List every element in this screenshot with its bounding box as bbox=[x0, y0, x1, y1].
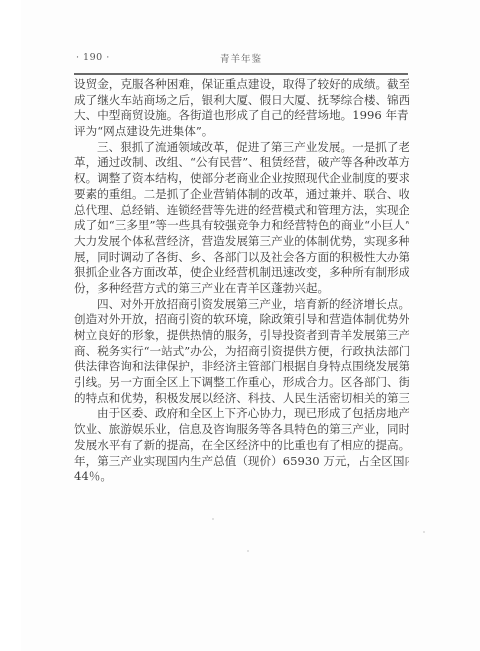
text-line: 的特点和优势，积极发展以经济、科技、人民生活密切相关的第三产业。 bbox=[74, 391, 409, 407]
text-line: 三、狠抓了流通领域改革，促进了第三产业发展。一是抓了老商业企业的改 bbox=[74, 140, 409, 156]
paragraph: 四、对外开放招商引资发展第三产业，培育新的经济增长点。一方面是努力 创造对外开放… bbox=[74, 297, 409, 407]
text-line: 份，多种经营方式的第三产业在青羊区蓬勃兴起。 bbox=[74, 281, 409, 297]
text-line: 发展水平有了新的提高，在全区经济中的比重也有了相应的提高。截至 1997 bbox=[74, 438, 409, 454]
text-line: 供法律咨询和法律保护，非经济主管部门根据自身特点围绕发展第三产业穿针 bbox=[74, 359, 409, 375]
paragraph: 设贸金，克服各种困难，保证重点建设，取得了较好的成绩。截至 1997 年底已形 … bbox=[74, 77, 409, 140]
text-line: 评为“网点建设先进集体”。 bbox=[74, 124, 409, 140]
text-line: 革，通过改制、改组、“公有民营”、租赁经营，破产等各种改革方式，明晰了企业产 bbox=[74, 155, 409, 171]
scan-speck bbox=[212, 518, 214, 520]
text-line: 由于区委、政府和全区上下齐心协力，现已形成了包括房地产业、商贸业、餐 bbox=[74, 406, 409, 422]
text-line: 成了如“三多里”等一些具有较强竞争力和经营特色的商业“小巨人”。三是通过 bbox=[74, 218, 409, 234]
text-line: 创造对外开放，招商引资的软环境，除政策引导和营造体制优势外，主要注重了 bbox=[74, 312, 409, 328]
text-line: 成了继火车站商场之后，银利大厦、假日大厦、抚琴综合楼、锦西综合楼等一系列 bbox=[74, 93, 409, 109]
text-line: 权。调整了资本结构，使部分老商业企业按照现代企业制度的要求实现了生产 bbox=[74, 171, 409, 187]
text-line: 狠抓企业各方面改革，使企业经营机制迅速改变，多种所有制形成，多种经济成 bbox=[74, 265, 409, 281]
scan-speck bbox=[247, 550, 249, 552]
running-title: 青羊年鉴 bbox=[74, 51, 408, 65]
text-line: 大、中型商贸设施。各街道也形成了自己的经营场地。1996 年青羊区被市政府 bbox=[74, 108, 409, 124]
text-line: 设贸金，克服各种困难，保证重点建设，取得了较好的成绩。截至 1997 年底已形 bbox=[74, 77, 409, 93]
text-line: 总代理、总经销、连锁经营等先进的经营模式和管理方法，实现企业规模经营，形 bbox=[74, 203, 409, 219]
body-text: 设贸金，克服各种困难，保证重点建设，取得了较好的成绩。截至 1997 年底已形 … bbox=[74, 77, 409, 485]
text-line: 大力发展个体私营经济，营造发展第三产业的体制优势，实现多种经济共同发 bbox=[74, 234, 409, 250]
text-line: 年，第三产业实现国内生产总值（现价）65930 万元，占全区国内生产总值的 bbox=[74, 454, 409, 470]
scan-speck bbox=[423, 531, 425, 533]
text-line: 树立良好的形象，提供热情的服务，引导投资者到青羊发展第三产业。同时工 bbox=[74, 328, 409, 344]
text-line: 商、税务实行“一站式”办公，为招商引资提供方便，行政执法部门为第三产业提 bbox=[74, 344, 409, 360]
paragraph: 由于区委、政府和全区上下齐心协力，现已形成了包括房地产业、商贸业、餐 饮业、旅游… bbox=[74, 406, 409, 484]
text-line: 引线。另一方面全区上下调整工作重心，形成合力。区各部门、街乡都结合自身 bbox=[74, 375, 409, 391]
text-line: 饮业、旅游娱乐业，信息及咨询服务等各具特色的第三产业，同时使第三产业的 bbox=[74, 422, 409, 438]
page-header: · 190 · 青羊年鉴 bbox=[74, 49, 408, 73]
text-line: 四、对外开放招商引资发展第三产业，培育新的经济增长点。一方面是努力 bbox=[74, 297, 409, 313]
text-line: 要素的重组。二是抓了企业营销体制的改革，通过兼并、联合、收购、控股，发展 bbox=[74, 187, 409, 203]
paragraph: 三、狠抓了流通领域改革，促进了第三产业发展。一是抓了老商业企业的改 革，通过改制… bbox=[74, 140, 409, 297]
header-rule bbox=[74, 73, 408, 75]
text-line: 44％。 bbox=[74, 469, 409, 485]
text-line: 展，同时调动了各街、乡、各部门以及社会各方面的积极性大办第三产业。通过 bbox=[74, 250, 409, 266]
